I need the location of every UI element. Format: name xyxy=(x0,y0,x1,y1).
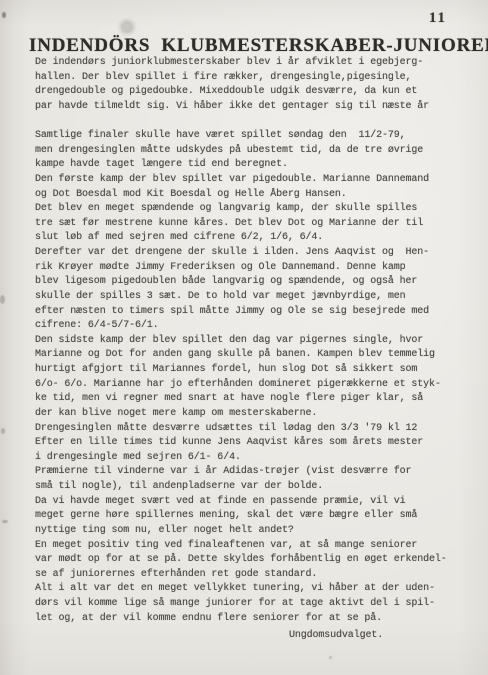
text-line: cifrene: 6/4-5/7-6/1. xyxy=(35,319,478,334)
text-line: meget gerne høre spillernes mening, skal… xyxy=(35,509,478,524)
text-line: Efter en lille times tid kunne Jens Aaqv… xyxy=(35,436,478,451)
text-line: par havde tilmeldt sig. Vi håber ikke de… xyxy=(35,100,478,115)
text-line: Drengesinglen måtte desværre udsættes ti… xyxy=(35,422,478,437)
text-line: Marianne og Dot for anden gang skulle på… xyxy=(35,348,478,363)
text-line: Den første kamp der blev spillet var pig… xyxy=(35,173,478,188)
scan-speck xyxy=(2,520,8,523)
text-line: blev ligesom pigedoublen både langvarig … xyxy=(35,275,478,290)
text-line: små til nogle), til andenpladserne var d… xyxy=(35,480,478,495)
text-line: der kan blive noget mere kamp om mesters… xyxy=(35,407,478,422)
text-line: ke tid, men vi regner med snart at have … xyxy=(35,392,478,407)
signature: Ungdomsudvalget. xyxy=(289,630,383,641)
text-line: Alt i alt var det en meget vellykket tun… xyxy=(35,582,478,597)
text-line: skulle der spilles 3 sæt. De to hold var… xyxy=(35,290,478,305)
text-line: 6/o- 6/o. Marianne har jo efterhånden do… xyxy=(35,378,478,393)
text-line: rik Krøyer mødte Jimmy Frederiksen og Ol… xyxy=(35,261,478,276)
text-line: se af juniorernes efterhånden ret gode s… xyxy=(35,568,478,583)
text-line: dørs vil komme lige så mange juniorer fo… xyxy=(35,597,478,612)
scan-speck xyxy=(1,428,5,434)
text-line: hurtigt afgjort til Mariannes fordel, hu… xyxy=(35,363,478,378)
text-line: Derefter var det drengene der skulle i i… xyxy=(35,246,478,261)
scanned-document-page: 11 INDENDÖRS KLUBMESTERSKABER-JUNIORER D… xyxy=(0,0,488,675)
text-line: tre sæt før mestrene kunne kåres. Det bl… xyxy=(35,217,478,232)
text-line: let og, at der vil komme endnu flere sen… xyxy=(35,612,478,627)
text-line xyxy=(35,115,478,130)
scan-speck xyxy=(329,656,332,659)
article-body: De indendørs juniorklubmesterskaber blev… xyxy=(35,56,478,626)
text-line: Præmierne til vinderne var i år Adidas-t… xyxy=(35,465,478,480)
text-line: efter næsten to timers spil måtte Jimmy … xyxy=(35,305,478,320)
scan-speck xyxy=(2,12,6,18)
text-line: slut løb af med sejren med cifrene 6/2, … xyxy=(35,231,478,246)
text-line: Det blev en meget spændende og langvarig… xyxy=(35,202,478,217)
scan-speck xyxy=(0,295,5,304)
text-line: hallen. Der blev spillet i fire rækker, … xyxy=(35,71,478,86)
text-line: og Dot Boesdal mod Kit Boesdal og Helle … xyxy=(35,188,478,203)
page-title: INDENDÖRS KLUBMESTERSKABER-JUNIORER xyxy=(29,35,479,57)
text-line: nyttige ting som nu, eller noget helt an… xyxy=(35,524,478,539)
text-line: kampe havde taget længere tid end beregn… xyxy=(35,158,478,173)
text-line: i drengesingle med sejren 6/1- 6/4. xyxy=(35,451,478,466)
text-line: Samtlige finaler skulle have været spill… xyxy=(35,129,478,144)
text-line: men drengesinglen måtte udskydes på ubes… xyxy=(35,144,478,159)
text-line: Da vi havde meget svært ved at finde en … xyxy=(35,495,478,510)
text-line: De indendørs juniorklubmesterskaber blev… xyxy=(35,56,478,71)
text-line: En meget positiv ting ved finaleaftenen … xyxy=(35,539,478,554)
page-number: 11 xyxy=(429,10,447,27)
text-line: drengedouble og pigedoubke. Mixeddouble … xyxy=(35,85,478,100)
text-line: var mødt op for at se på. Dette skyldes … xyxy=(35,553,478,568)
text-line: Den sidste kamp der blev spillet den dag… xyxy=(35,334,478,349)
